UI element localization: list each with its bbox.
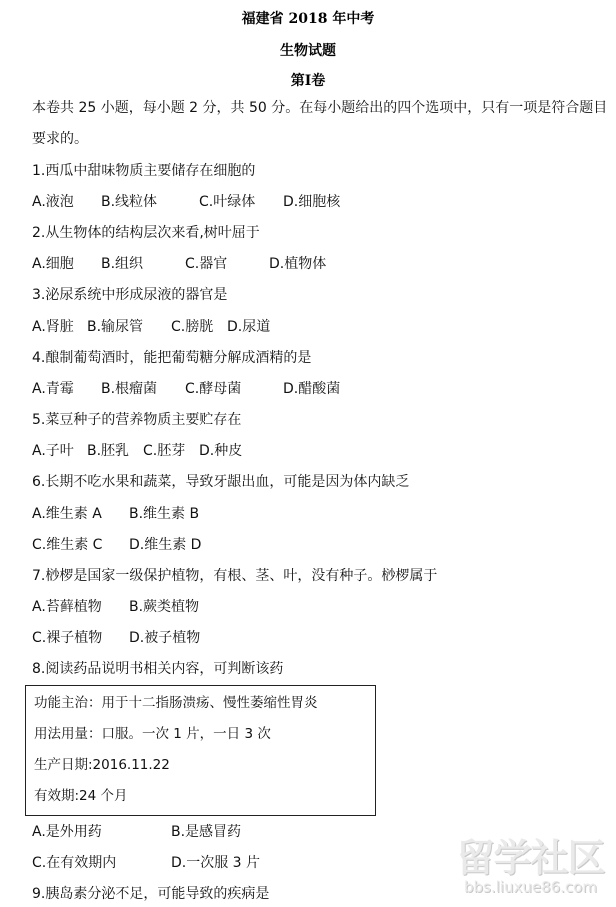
question-3-option-b: B.输尿管 — [87, 318, 143, 336]
question-6-option-d: D.维生素 D — [129, 536, 201, 554]
question-7-stem: 7.桫椤是国家一级保护植物，有根、茎、叶，没有种子。桫椤属于 — [32, 567, 437, 585]
question-8-option-d: D.一次服 3 片 — [171, 854, 260, 872]
exam-title: 福建省 2018 年中考 — [0, 8, 616, 28]
question-2-option-c: C.器官 — [185, 255, 227, 273]
question-6-option-c: C.维生素 C — [32, 536, 102, 554]
drug-label-indication: 功能主治：用于十二指肠溃疡、慢性萎缩性胃炎 — [34, 694, 318, 712]
section-title: 第Ⅰ卷 — [0, 70, 616, 90]
question-8-option-a: A.是外用药 — [32, 823, 102, 841]
question-5-option-a: A.子叶 — [32, 442, 74, 460]
question-4-option-c: C.酵母菌 — [185, 380, 241, 398]
question-4-stem: 4.酿制葡萄酒时，能把葡萄糖分解成酒精的是 — [32, 349, 311, 367]
question-8-option-c: C.在有效期内 — [32, 854, 116, 872]
instructions-line-2: 要求的。 — [32, 130, 88, 148]
question-3-option-c: C.膀胱 — [171, 318, 213, 336]
question-1-option-b: B.线粒体 — [101, 193, 157, 211]
question-4-option-d: D.醋酸菌 — [283, 380, 340, 398]
drug-label-dosage: 用法用量：口服。一次 1 片，一日 3 次 — [34, 725, 271, 743]
question-5-option-c: C.胚芽 — [143, 442, 185, 460]
question-2-option-d: D.植物体 — [269, 255, 326, 273]
question-1-option-d: D.细胞核 — [283, 193, 340, 211]
drug-label-expiry: 有效期:24 个月 — [34, 787, 128, 805]
watermark-logo: 留学社区 bbs.liuxue86.com — [448, 838, 613, 900]
drug-label-production-date: 生产日期:2016.11.22 — [34, 756, 170, 774]
question-6-option-a: A.维生素 A — [32, 505, 102, 523]
question-3-stem: 3.泌尿系统中形成尿液的器官是 — [32, 286, 227, 304]
question-7-option-d: D.被子植物 — [129, 629, 200, 647]
question-3-option-d: D.尿道 — [227, 318, 270, 336]
exam-subject: 生物试题 — [0, 40, 616, 60]
question-1-option-c: C.叶绿体 — [199, 193, 255, 211]
question-5-option-d: D.种皮 — [199, 442, 242, 460]
question-6-stem: 6.长期不吃水果和蔬菜，导致牙龈出血，可能是因为体内缺乏 — [32, 473, 409, 491]
question-2-option-a: A.细胞 — [32, 255, 74, 273]
question-5-stem: 5.菜豆种子的营养物质主要贮存在 — [32, 411, 241, 429]
question-4-option-a: A.青霉 — [32, 380, 74, 398]
question-3-option-a: A.肾脏 — [32, 318, 74, 336]
question-4-option-b: B.根瘤菌 — [101, 380, 157, 398]
question-1-stem: 1.西瓜中甜味物质主要储存在细胞的 — [32, 162, 255, 180]
question-7-option-a: A.苔藓植物 — [32, 598, 102, 616]
question-8-option-b: B.是感冒药 — [171, 823, 241, 841]
drug-label-box: 功能主治：用于十二指肠溃疡、慢性萎缩性胃炎 用法用量：口服。一次 1 片，一日 … — [25, 685, 376, 816]
question-1-option-a: A.液泡 — [32, 193, 74, 211]
question-5-option-b: B.胚乳 — [87, 442, 129, 460]
watermark-url: bbs.liuxue86.com — [448, 878, 613, 896]
question-2-stem: 2.从生物体的结构层次来看,树叶屈于 — [32, 224, 260, 242]
question-7-option-c: C.裸子植物 — [32, 629, 102, 647]
question-2-option-b: B.组织 — [101, 255, 143, 273]
question-6-option-b: B.维生素 B — [129, 505, 199, 523]
question-7-option-b: B.蕨类植物 — [129, 598, 199, 616]
question-9-stem: 9.胰岛素分泌不足，可能导致的疾病是 — [32, 885, 269, 903]
watermark-name: 留学社区 — [448, 838, 613, 878]
instructions-line-1: 本卷共 25 小题，每小题 2 分，共 50 分。在每小题给出的四个选项中，只有… — [32, 99, 607, 117]
question-8-stem: 8.阅读药品说明书相关内容，可判断该药 — [32, 660, 283, 678]
